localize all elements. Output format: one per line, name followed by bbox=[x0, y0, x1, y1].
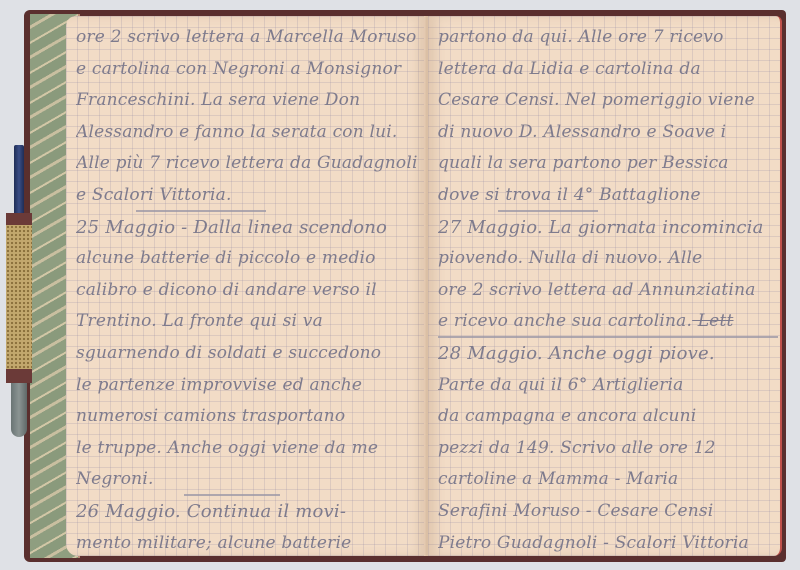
left-page-text: ore 2 scrivo lettera a Marcella Morusoe … bbox=[76, 22, 418, 559]
diary-text-line: dove si trova il 4° Battaglione bbox=[438, 180, 772, 212]
right-page-text: partono da qui. Alle ore 7 ricevolettera… bbox=[438, 22, 772, 559]
diary-text-line: Serafini Moruso - Cesare Censi bbox=[438, 496, 772, 528]
diary-text-line: calibro e dicono di andare verso il bbox=[76, 275, 418, 307]
diary-text-line: Alle più 7 ricevo lettera da Guadagnoli bbox=[76, 148, 418, 180]
diary-text-line: Cesare Censi. Nel pomeriggio viene bbox=[438, 85, 772, 117]
diary-text-line: Negroni. bbox=[76, 464, 418, 496]
diary-text-line: e ricevo anche sua cartolina. Lett bbox=[438, 306, 772, 338]
diary-entry-date-line: 25 Maggio - Dalla linea scendono bbox=[76, 212, 418, 244]
pencil-band-bottom bbox=[6, 369, 32, 383]
diary-text-line: piovendo. Nulla di nuovo. Alle bbox=[438, 243, 772, 275]
diary-text-line: cartoline a Mamma - Maria bbox=[438, 464, 772, 496]
diary-text-line: quali la sera partono per Bessica bbox=[438, 148, 772, 180]
diary-text-line: le truppe. Anche oggi viene da me bbox=[76, 433, 418, 465]
diary-text-line: alcune batterie di piccolo e medio bbox=[76, 243, 418, 275]
diary-entry-date-line: 28 Maggio. Anche oggi piove. bbox=[438, 338, 772, 370]
pencil-lead bbox=[14, 145, 24, 215]
diary-text-line: ore 2 scrivo lettera ad Annunziatina bbox=[438, 275, 772, 307]
diary-text-line: Pietro Guadagnoli - Scalori Vittoria bbox=[438, 528, 772, 560]
diary-text-line: lettera da Lidia e cartolina da bbox=[438, 54, 772, 86]
diary-text-line: da campagna e ancora alcuni bbox=[438, 401, 772, 433]
diary-entry-date-line: 26 Maggio. Continua il movi- bbox=[76, 496, 418, 528]
diary-text-line: Franceschini. La sera viene Don bbox=[76, 85, 418, 117]
entry-separator-rule bbox=[184, 494, 280, 496]
diary-text-line: le partenze improvvise ed anche bbox=[76, 370, 418, 402]
diary-entry-date-line: 27 Maggio. La giornata incomincia bbox=[438, 212, 772, 244]
pencil-grip bbox=[6, 225, 32, 369]
diary-text-line: e cartolina con Negroni a Monsignor bbox=[76, 54, 418, 86]
struck-word: Lett bbox=[692, 311, 733, 331]
pencil-band-top bbox=[6, 213, 32, 225]
left-page: ore 2 scrivo lettera a Marcella Morusoe … bbox=[66, 16, 426, 556]
entry-separator-rule bbox=[498, 210, 598, 212]
diary-text-line: mento militare; alcune batterie bbox=[76, 528, 418, 560]
diary-text-line: Parte da qui il 6° Artiglieria bbox=[438, 370, 772, 402]
pencil-cap bbox=[11, 383, 27, 437]
entry-separator-rule bbox=[136, 210, 266, 212]
diary-text-line: ore 2 scrivo lettera a Marcella Moruso bbox=[76, 22, 418, 54]
right-page: partono da qui. Alle ore 7 ricevolettera… bbox=[428, 16, 782, 556]
diary-text-line: partono da qui. Alle ore 7 ricevo bbox=[438, 22, 772, 54]
pencil-icon bbox=[6, 145, 32, 437]
diary-text-line: Trentino. La fronte qui si va bbox=[76, 306, 418, 338]
diary-text-line: Alessandro e fanno la serata con lui. bbox=[76, 117, 418, 149]
diary-text-line: di nuovo D. Alessandro e Soave i bbox=[438, 117, 772, 149]
diary-text-line: sguarnendo di soldati e succedono bbox=[76, 338, 418, 370]
diary-text-line: e Scalori Vittoria. bbox=[76, 180, 418, 212]
entry-separator-rule bbox=[438, 336, 778, 338]
diary-text-line: pezzi da 149. Scrivo alle ore 12 bbox=[438, 433, 772, 465]
diary-text-line: numerosi camions trasportano bbox=[76, 401, 418, 433]
